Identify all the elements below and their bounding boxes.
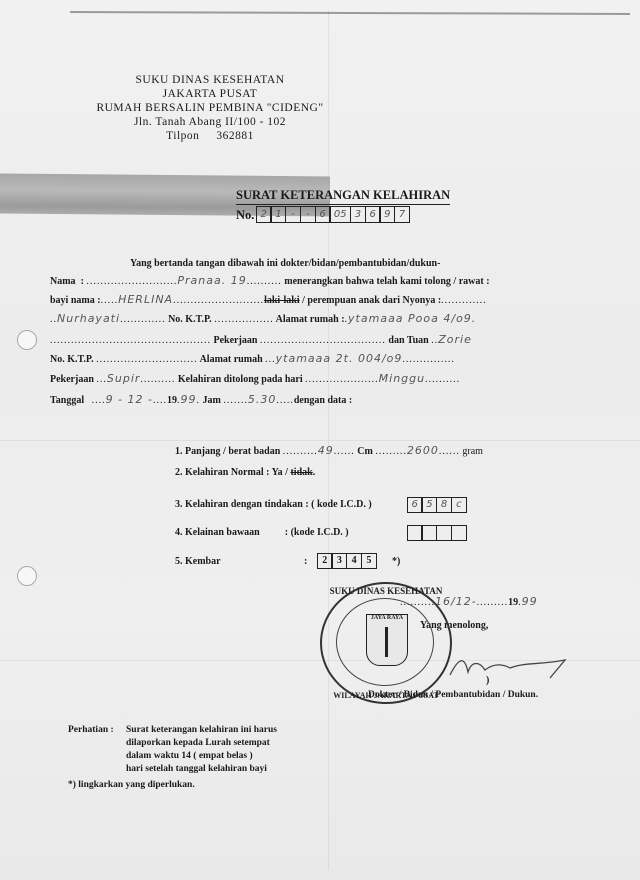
- note-line: dilaporkan kepada Lurah setempat: [126, 737, 277, 750]
- number-box: 6: [365, 206, 381, 223]
- number-box: -: [300, 206, 316, 223]
- mother-address-value: ytamaaa Pooa 4/o9.: [348, 312, 476, 325]
- nama-row: Nama : ..........................Pranaa.…: [50, 274, 490, 287]
- father-name-value: Zorie: [438, 333, 472, 346]
- note-line: hari setelah tanggal kelahiran bayi: [126, 763, 277, 776]
- twins-box: 2: [317, 553, 333, 569]
- twins-box: 5: [361, 553, 377, 569]
- icd-code-boxes: 6 5 8 c: [408, 497, 467, 513]
- twins-colon: :: [304, 556, 307, 567]
- header-line: SUKU DINAS KESEHATAN: [60, 73, 360, 87]
- signature-year: 99: [522, 595, 538, 608]
- number-box: 9: [379, 206, 395, 223]
- punch-hole: [17, 330, 37, 350]
- header-line: Jln. Tanah Abang II/100 - 102: [60, 115, 360, 129]
- item-congenital: 4. Kelainan bawaan : (kode I.C.D. ): [175, 527, 349, 538]
- bayi-row: bayi nama :.....HERLINA.................…: [50, 293, 487, 306]
- number-box: 7: [394, 206, 410, 223]
- number-box: 2: [256, 206, 272, 223]
- code-box: 6: [407, 497, 423, 513]
- mother-job-row: ........................................…: [50, 333, 472, 346]
- twins-boxes: 2 3 4 5: [318, 553, 377, 569]
- header-line: RUMAH BERSALIN PEMBINA "CIDENG": [60, 101, 360, 115]
- official-stamp: SUKU DINAS KESEHATAN JAYA RAYA WILAYAH J…: [320, 582, 452, 704]
- number-box: -: [285, 206, 301, 223]
- footnote: *) lingkarkan yang diperlukan.: [68, 779, 277, 792]
- birth-certificate-paper: SUKU DINAS KESEHATAN JAKARTA PUSAT RUMAH…: [0, 0, 640, 880]
- note-label: Perhatian :: [68, 724, 126, 776]
- number-box: 6: [315, 206, 331, 223]
- mother-name-value: Nurhayati: [57, 312, 120, 325]
- twins-box: 3: [331, 553, 347, 569]
- nama-value: Pranaa. 19: [177, 274, 246, 287]
- weight-value: 2600: [407, 444, 439, 457]
- document-number-label: No.: [236, 208, 254, 223]
- bayi-name-value: HERLINA: [118, 293, 173, 306]
- header-phone: Tilpon 362881: [60, 129, 360, 143]
- institution-header: SUKU DINAS KESEHATAN JAKARTA PUSAT RUMAH…: [60, 73, 360, 143]
- day-value: Minggu: [379, 372, 425, 385]
- code-box: 5: [421, 497, 437, 513]
- note-line: Surat keterangan kelahiran ini harus: [126, 724, 277, 737]
- congenital-code-boxes: [408, 525, 467, 541]
- date-value: 9 - 12 -: [106, 393, 153, 406]
- item-normal-birth: 2. Kelahiran Normal : Ya / tidak.: [175, 467, 315, 478]
- stamp-bottom-text: WILAYAH JAKARTA PUSAT: [322, 691, 450, 700]
- item-twins: 5. Kembar: [175, 556, 221, 567]
- item-length-weight: 1. Panjang / berat badan ..........49...…: [175, 444, 483, 457]
- time-value: 5.30: [248, 393, 277, 406]
- father-address-value: ytamaaa 2t. 004/o9: [276, 352, 403, 365]
- note-line: dalam waktu 14 ( empat belas ): [126, 750, 277, 763]
- punch-hole: [17, 566, 37, 586]
- document-title: SURAT KETERANGAN KELAHIRAN: [236, 188, 450, 205]
- father-job-row: Pekerjaan ...Supir.......... Kelahiran d…: [50, 372, 460, 385]
- monument-icon: [385, 627, 388, 657]
- number-box: 3: [350, 206, 366, 223]
- father-ktp-row: No. K.T.P. .............................…: [50, 352, 455, 365]
- item-birth-action: 3. Kelahiran dengan tindakan : ( kode I.…: [175, 499, 372, 510]
- twins-box: 4: [346, 553, 362, 569]
- year-value: 99: [181, 393, 197, 406]
- signature-paren: ): [486, 675, 489, 686]
- code-box: [407, 525, 423, 541]
- code-box: [436, 525, 452, 541]
- length-value: 49: [318, 444, 334, 457]
- code-box: c: [451, 497, 467, 513]
- father-job-value: Supir: [107, 372, 141, 385]
- attention-note: Perhatian : Surat keterangan kelahiran i…: [68, 724, 277, 792]
- twins-footnote-mark: *): [392, 556, 400, 567]
- header-line: JAKARTA PUSAT: [60, 87, 360, 101]
- fold-line: [0, 440, 640, 441]
- tanggal-row: Tanggal ....9 - 12 -....19.99. Jam .....…: [50, 393, 352, 406]
- signature-date: 16/12-: [435, 595, 477, 608]
- code-box: [451, 525, 467, 541]
- number-box: 1: [270, 206, 286, 223]
- paper-edge: [70, 11, 630, 15]
- code-box: [421, 525, 437, 541]
- jakarta-emblem-icon: JAYA RAYA: [366, 614, 408, 666]
- number-box: 05: [329, 206, 351, 223]
- document-number-boxes: 2 1 - - 6 05 3 6 9 7: [257, 206, 410, 223]
- mother-row: ..Nurhayati............. No. K.T.P. ....…: [50, 312, 476, 325]
- stamp-top-text: SUKU DINAS KESEHATAN: [322, 586, 450, 596]
- code-box: 8: [436, 497, 452, 513]
- handwritten-signature: [440, 650, 570, 680]
- form-intro: Yang bertanda tangan dibawah ini dokter/…: [130, 258, 440, 269]
